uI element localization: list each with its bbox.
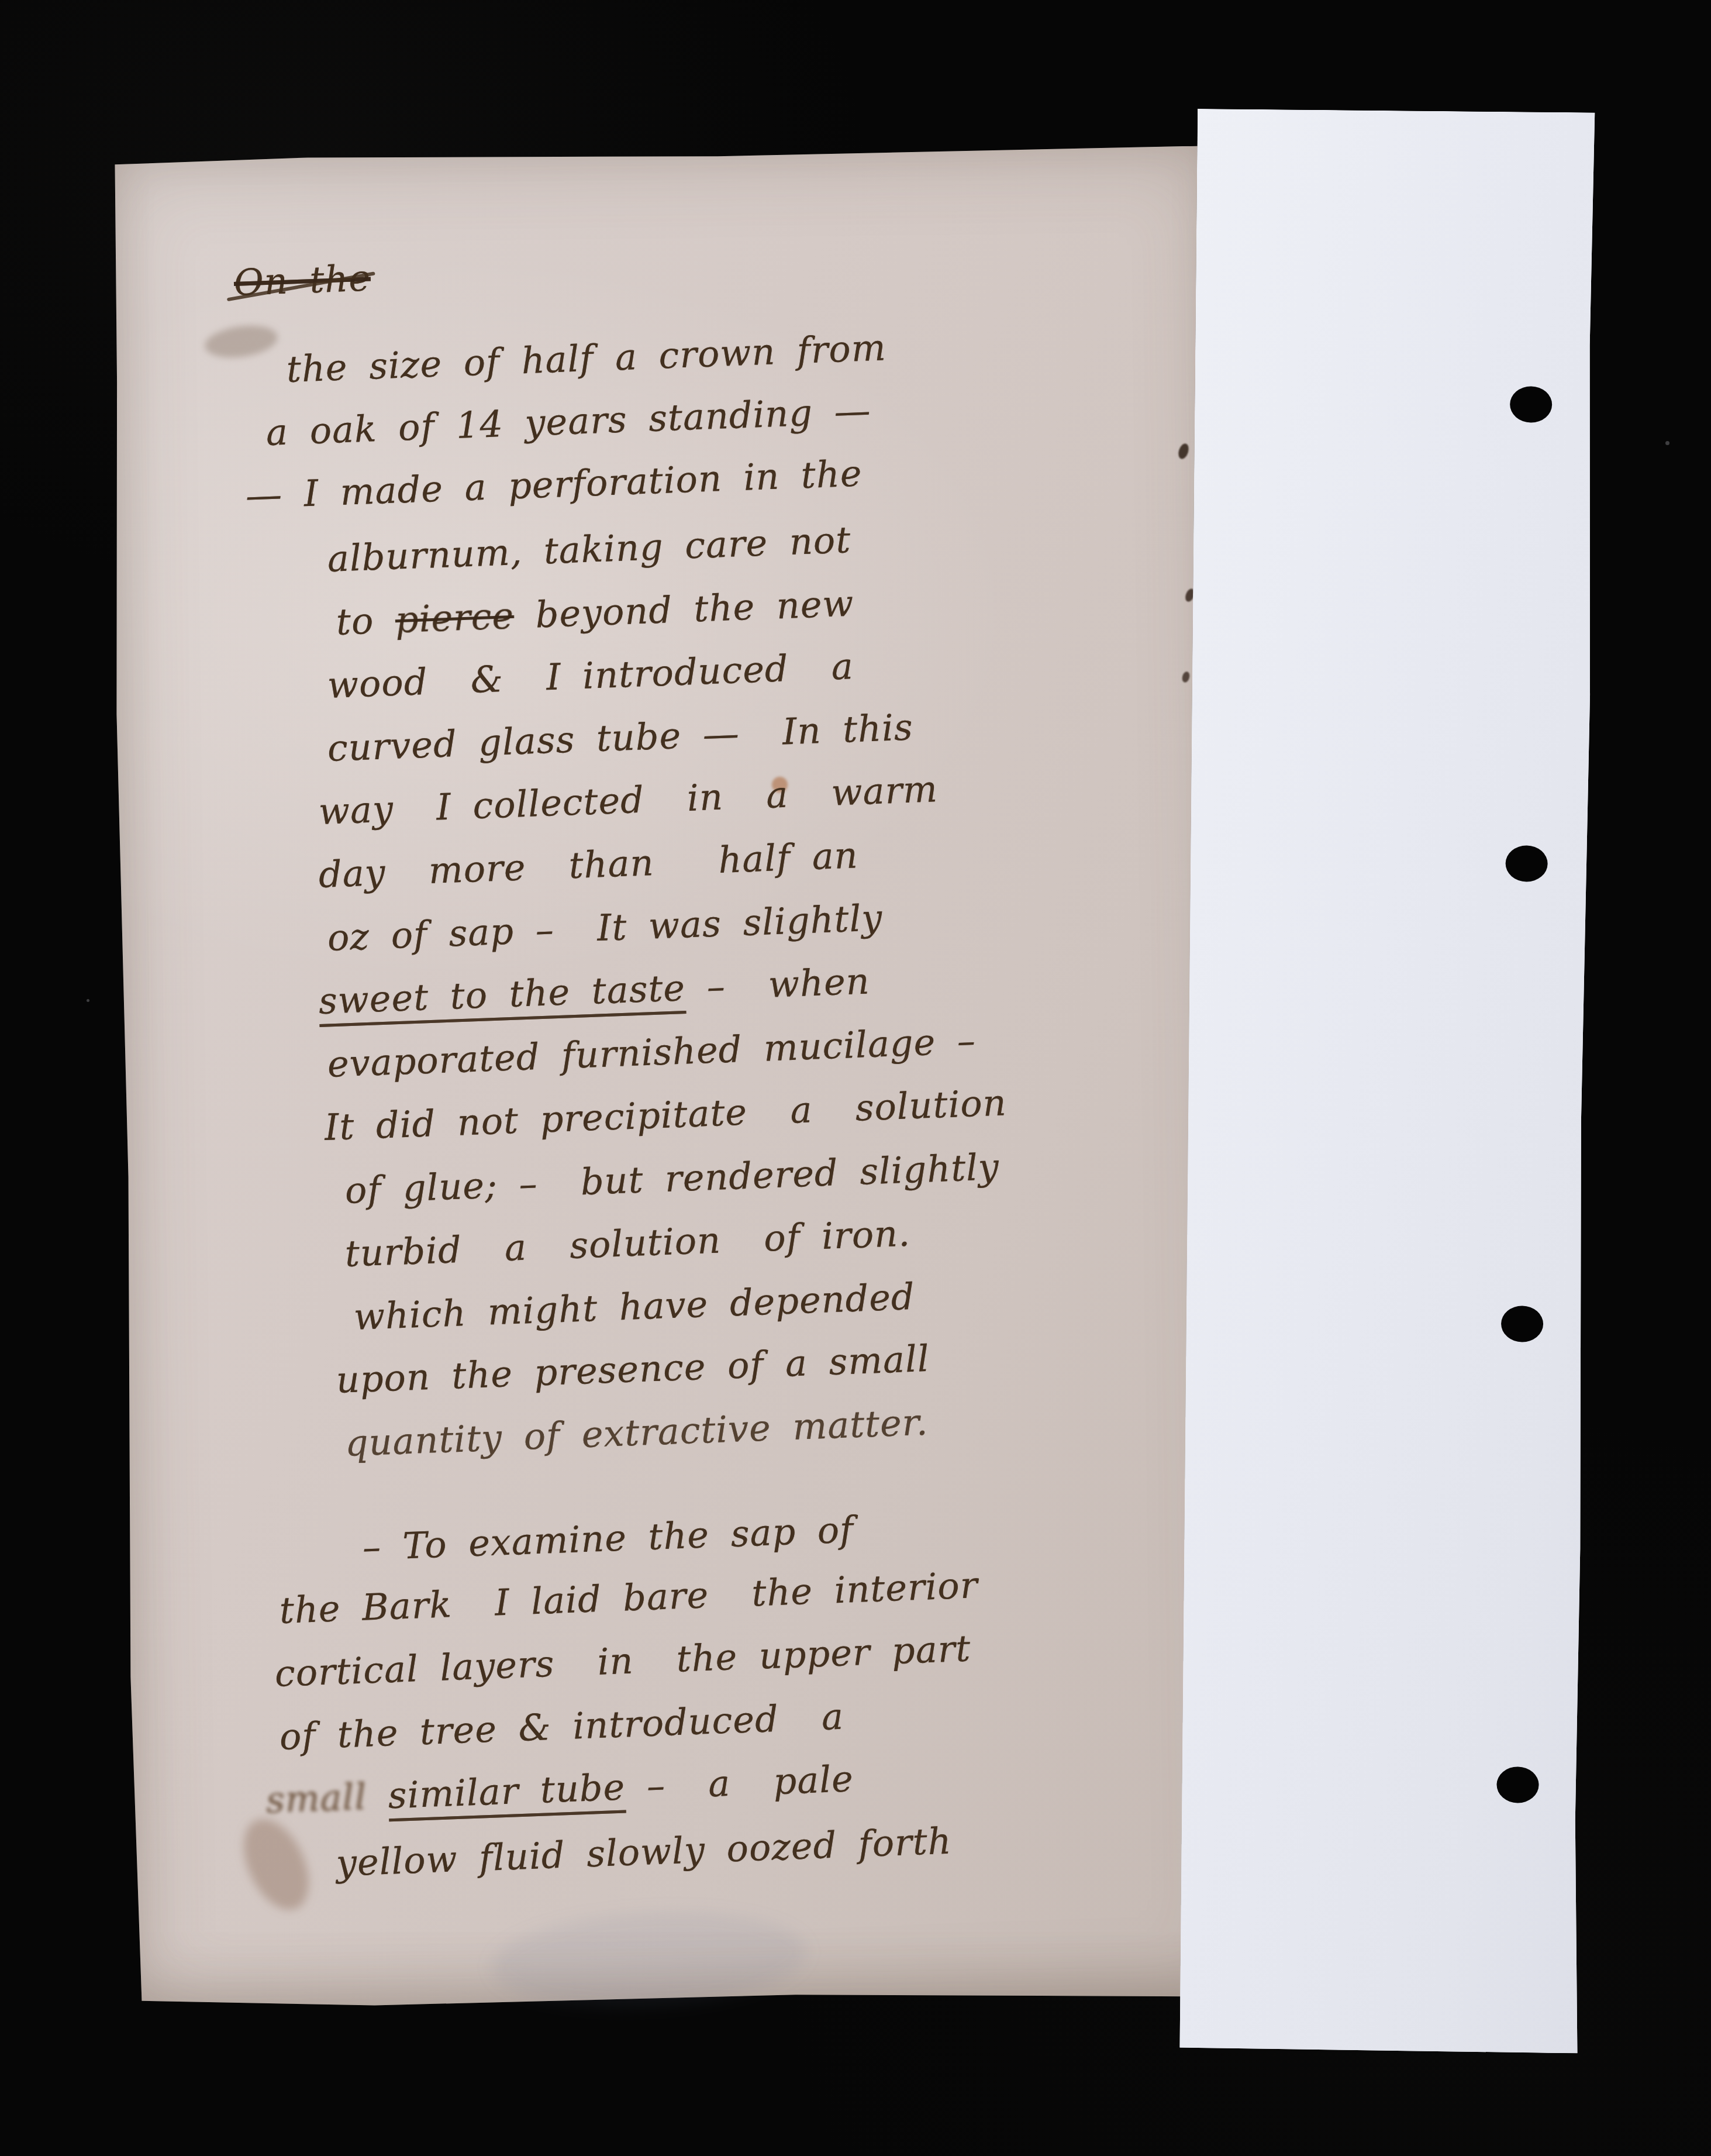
handwriting-underline: similar tube: [387, 1766, 626, 1817]
dust-speck: [87, 999, 89, 1002]
handwriting-text: way I collected in a warm: [318, 767, 939, 833]
handwriting-text: which might have depended: [353, 1275, 916, 1338]
handwriting-text: [366, 1774, 389, 1817]
struck-heading-text: On the: [233, 256, 372, 304]
paper-slip: [1179, 109, 1596, 2053]
punch-hole: [1505, 845, 1548, 882]
handwriting-text: beyond the new: [513, 582, 855, 637]
handwriting-smudge: small: [265, 1775, 368, 1821]
handwriting-text: oz of sap – It was slightly: [327, 896, 884, 959]
handwriting-text: – To examine the sap of: [362, 1508, 855, 1569]
punch-hole: [1510, 386, 1553, 423]
handwriting-text: alburnum, taking care not: [327, 518, 852, 580]
manuscript-text: On the the size of half a crown froma oa…: [234, 252, 1228, 1895]
manuscript-lines: the size of half a crown froma oak of 14…: [234, 338, 1228, 1895]
handwriting-underline: sweet to the taste: [318, 966, 687, 1022]
handwriting-text: wood & I introduced a: [327, 645, 854, 707]
handwriting-text: day more than half an: [318, 834, 859, 896]
handwriting-text: to: [336, 598, 396, 643]
punch-hole: [1501, 1306, 1544, 1342]
handwriting-text: – when: [685, 959, 871, 1009]
handwriting-text: – a pale: [625, 1757, 854, 1808]
handwriting-text: curved glass tube — In this: [327, 705, 914, 770]
handwriting-text: the size of half a crown from: [286, 326, 887, 391]
handwriting-text: turbid a solution of iron.: [344, 1212, 911, 1275]
punch-hole: [1496, 1766, 1539, 1803]
handwriting-text: — I made a perforation in the: [245, 452, 863, 517]
handwriting-text: yellow fluid slowly oozed forth: [336, 1819, 953, 1885]
handwriting-text: of the tree & introduced a: [279, 1695, 845, 1758]
handwriting-overstruck: pierce: [395, 594, 515, 641]
handwriting-text: quantity of extractive matter.: [344, 1400, 929, 1465]
handwriting-text: a oak of 14 years standing —: [265, 389, 872, 454]
dust-speck: [1665, 441, 1669, 445]
handwriting-text: upon the presence of a small: [336, 1337, 930, 1401]
